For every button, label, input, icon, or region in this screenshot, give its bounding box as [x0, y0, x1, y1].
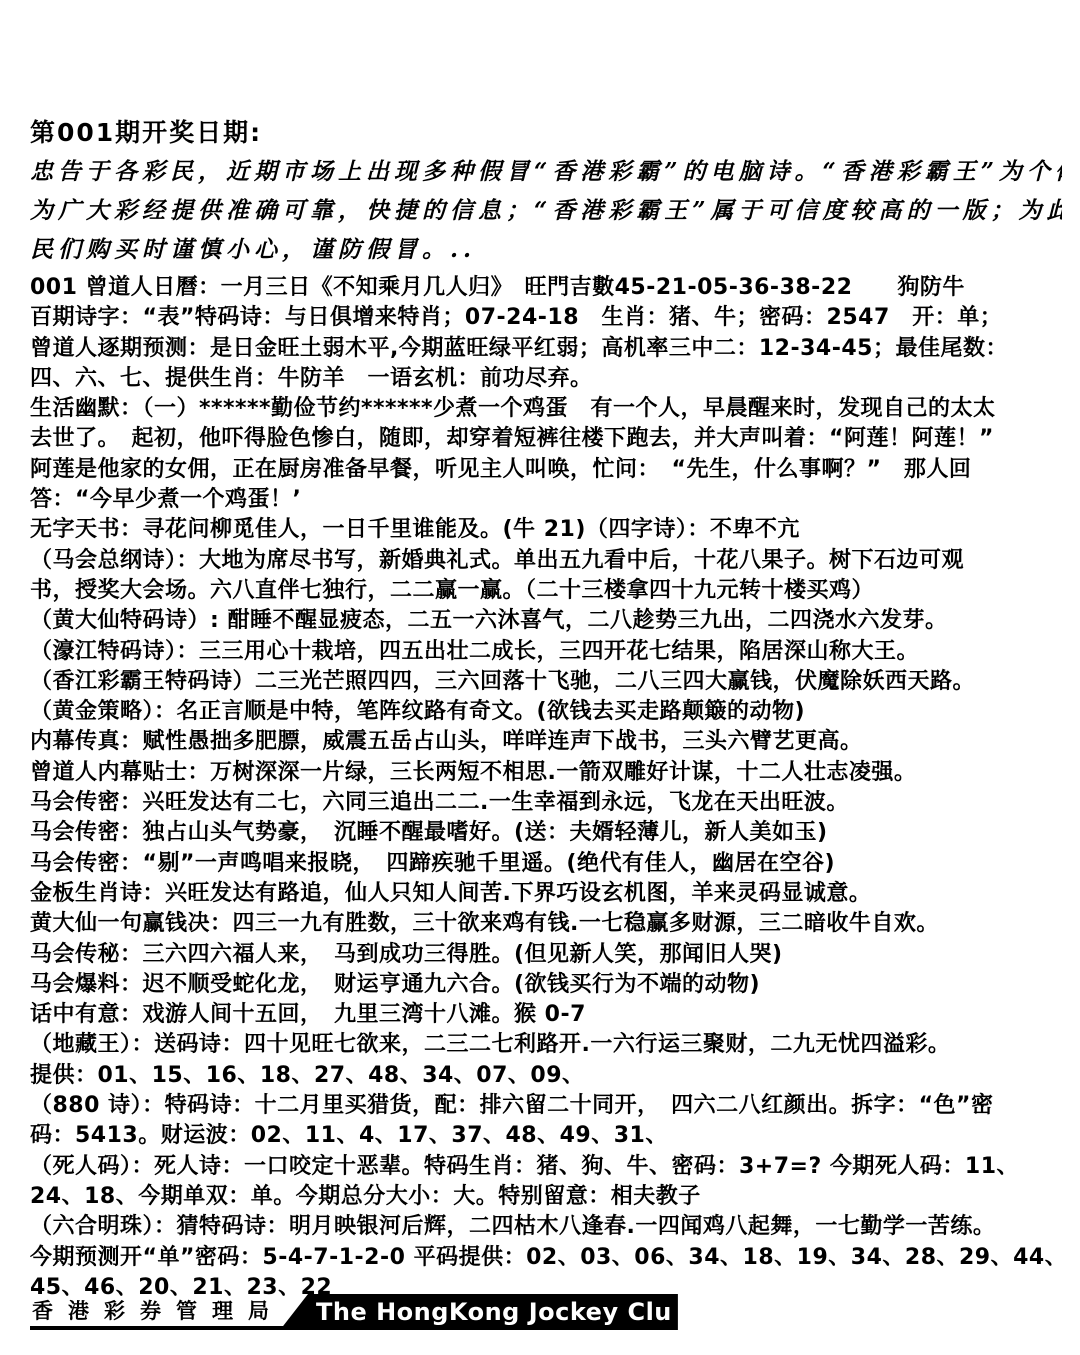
warning-paragraph: 忠告于各彩民，近期市场上出现多种假冒“香港彩霸”的电脑诗。“香港彩霸王”为个体版…: [30, 152, 1062, 269]
text-line: 今期预测开“单”密码：5-4-7-1-2-0 平码提供：02、03、06、34、…: [30, 1243, 1062, 1273]
footer-english-label: The HongKong Jockey Clu: [316, 1298, 672, 1326]
text-line: 曾道人内幕贴士：万树深深一片绿，三长两短不相思.一箭双雕好计谋，十二人壮志凌强。: [30, 758, 1062, 788]
text-line: （六合明珠）：猜特码诗：明月映银河后辉，二四枯木八逢春.一四闻鸡八起舞，一七勤学…: [30, 1212, 1062, 1242]
text-line: 去世了。 起初，他吓得脸色惨白，随即，却穿着短裤往楼下跑去，并大声叫着：“阿莲！…: [30, 424, 1062, 454]
footer-chinese-label: 香港彩券管理局: [30, 1294, 286, 1330]
text-line: 话中有意：戏游人间十五回， 九里三湾十八滩。猴 0-7: [30, 1000, 1062, 1030]
text-line: 001 曾道人日曆：一月三日《不知乘月几人归》 旺門吉數45-21-05-36-…: [30, 273, 1062, 303]
warning-line: 民们购买时谨慎小心，谨防假冒。..: [30, 230, 1062, 269]
text-line: 黄大仙一句赢钱决：四三一九有胜数，三十欲来鸡有钱.一七稳赢多财源，三二暗收牛自欢…: [30, 909, 1062, 939]
warning-line: 忠告于各彩民，近期市场上出现多种假冒“香港彩霸”的电脑诗。“香港彩霸王”为个体版…: [30, 152, 1062, 191]
text-line: 无字天书：寻花问柳觅佳人，一日千里谁能及。(牛 21)（四字诗）：不卑不亢: [30, 515, 1062, 545]
text-line: 四、六、七、提供生肖：牛防羊 一语玄机：前功尽弃。: [30, 364, 1062, 394]
text-line: 内幕传真：赋性愚拙多肥膘，威震五岳占山头，咩咩连声下战书，三头六臂艺更高。: [30, 727, 1062, 757]
scanned-lottery-sheet: { "page": { "background": "#ffffff", "te…: [0, 0, 1080, 1355]
text-line: 答：“今早少煮一个鸡蛋！’: [30, 485, 1062, 515]
text-line: 曾道人逐期预测：是日金旺土弱木平,今期蓝旺绿平红弱；高机率三中二：12-34-4…: [30, 334, 1062, 364]
text-line: 马会传秘：三六四六福人来， 马到成功三得胜。(但见新人笑，那闻旧人哭): [30, 940, 1062, 970]
text-line: 马会传密：兴旺发达有二七，六同三追出二二.一生幸福到永远，飞龙在天出旺波。: [30, 788, 1062, 818]
text-line: 24、18、今期单双：单。今期总分大小：大。特别留意：相夫教子: [30, 1182, 1062, 1212]
text-line: （死人码）：死人诗：一口咬定十恶辈。特码生肖：猪、狗、牛、密码：3+7=? 今期…: [30, 1152, 1062, 1182]
footer-english-bar: The HongKong Jockey Clu: [280, 1294, 678, 1330]
text-line: 生活幽默：（一）******勤俭节约******少煮一个鸡蛋 有一个人，早晨醒来…: [30, 394, 1062, 424]
text-line: 马会传密：独占山头气势豪， 沉睡不醒最嗜好。(送：夫婿轻薄儿，新人美如玉): [30, 818, 1062, 848]
text-line: （濠江特码诗）：三三用心十栽培，四五出壮二成长，三四开花七结果，陷居深山称大王。: [30, 637, 1062, 667]
text-line: 提供：01、15、16、18、27、48、34、07、09、: [30, 1061, 1062, 1091]
page-title: 第001期开奖日期:: [30, 118, 1062, 148]
text-line: 书，授奖大会场。六八直伴七独行，二二赢一赢。（二十三楼拿四十九元转十楼买鸡）: [30, 576, 1062, 606]
document-body: 001 曾道人日曆：一月三日《不知乘月几人归》 旺門吉數45-21-05-36-…: [30, 273, 1062, 1303]
document-page: 第001期开奖日期: 忠告于各彩民，近期市场上出现多种假冒“香港彩霸”的电脑诗。…: [30, 118, 1062, 1303]
text-line: （880 诗）：特码诗：十二月里买猎货，配：排六留二十同开， 四六二八红颜出。拆…: [30, 1091, 1062, 1121]
footer: 香港彩券管理局 The HongKong Jockey Clu: [30, 1294, 678, 1330]
text-line: 阿莲是他家的女佣，正在厨房准备早餐，听见主人叫唤，忙问： “先生，什么事啊？” …: [30, 455, 1062, 485]
text-line: 马会传密：“剔”一声鸣唱来报晓， 四蹄疾驰千里遥。(绝代有佳人，幽居在空谷): [30, 849, 1062, 879]
text-line: （地藏王）：送码诗：四十见旺七欲来，二三二七利路开.一六行运三聚财，二九无忧四溢…: [30, 1030, 1062, 1060]
text-line: 马会爆料：迟不顺受蛇化龙， 财运亨通九六合。(欲钱买行为不端的动物): [30, 970, 1062, 1000]
text-line: 百期诗字：“表”特码诗：与日俱增来特肖；07-24-18 生肖：猪、牛；密码：2…: [30, 303, 1062, 333]
text-line: 金板生肖诗：兴旺发达有路追，仙人只知人间苦.下界巧设玄机图，羊来灵码显诚意。: [30, 879, 1062, 909]
text-line: （黄金策略）：名正言顺是中特，笔阵纹路有奇文。(欲钱去买走路颠簸的动物): [30, 697, 1062, 727]
text-line: （马会总纲诗）：大地为席尽书写，新婚典礼式。单出五九看中后，十花八果子。树下石边…: [30, 546, 1062, 576]
warning-line: 为广大彩经提供准确可靠，快捷的信息；“香港彩霸王”属于可信度较高的一版；为此诚请…: [30, 191, 1062, 230]
text-line: （香江彩霸王特码诗）二三光芒照四四，三六回落十飞驰，二八三四大赢钱，伏魔除妖西天…: [30, 667, 1062, 697]
text-line: 码：5413。财运波：02、11、4、17、37、48、49、31、: [30, 1121, 1062, 1151]
text-line: （黄大仙特码诗）: 酣睡不醒显疲态，二五一六沐喜气，二八趁势三九出，二四浇水六发…: [30, 606, 1062, 636]
